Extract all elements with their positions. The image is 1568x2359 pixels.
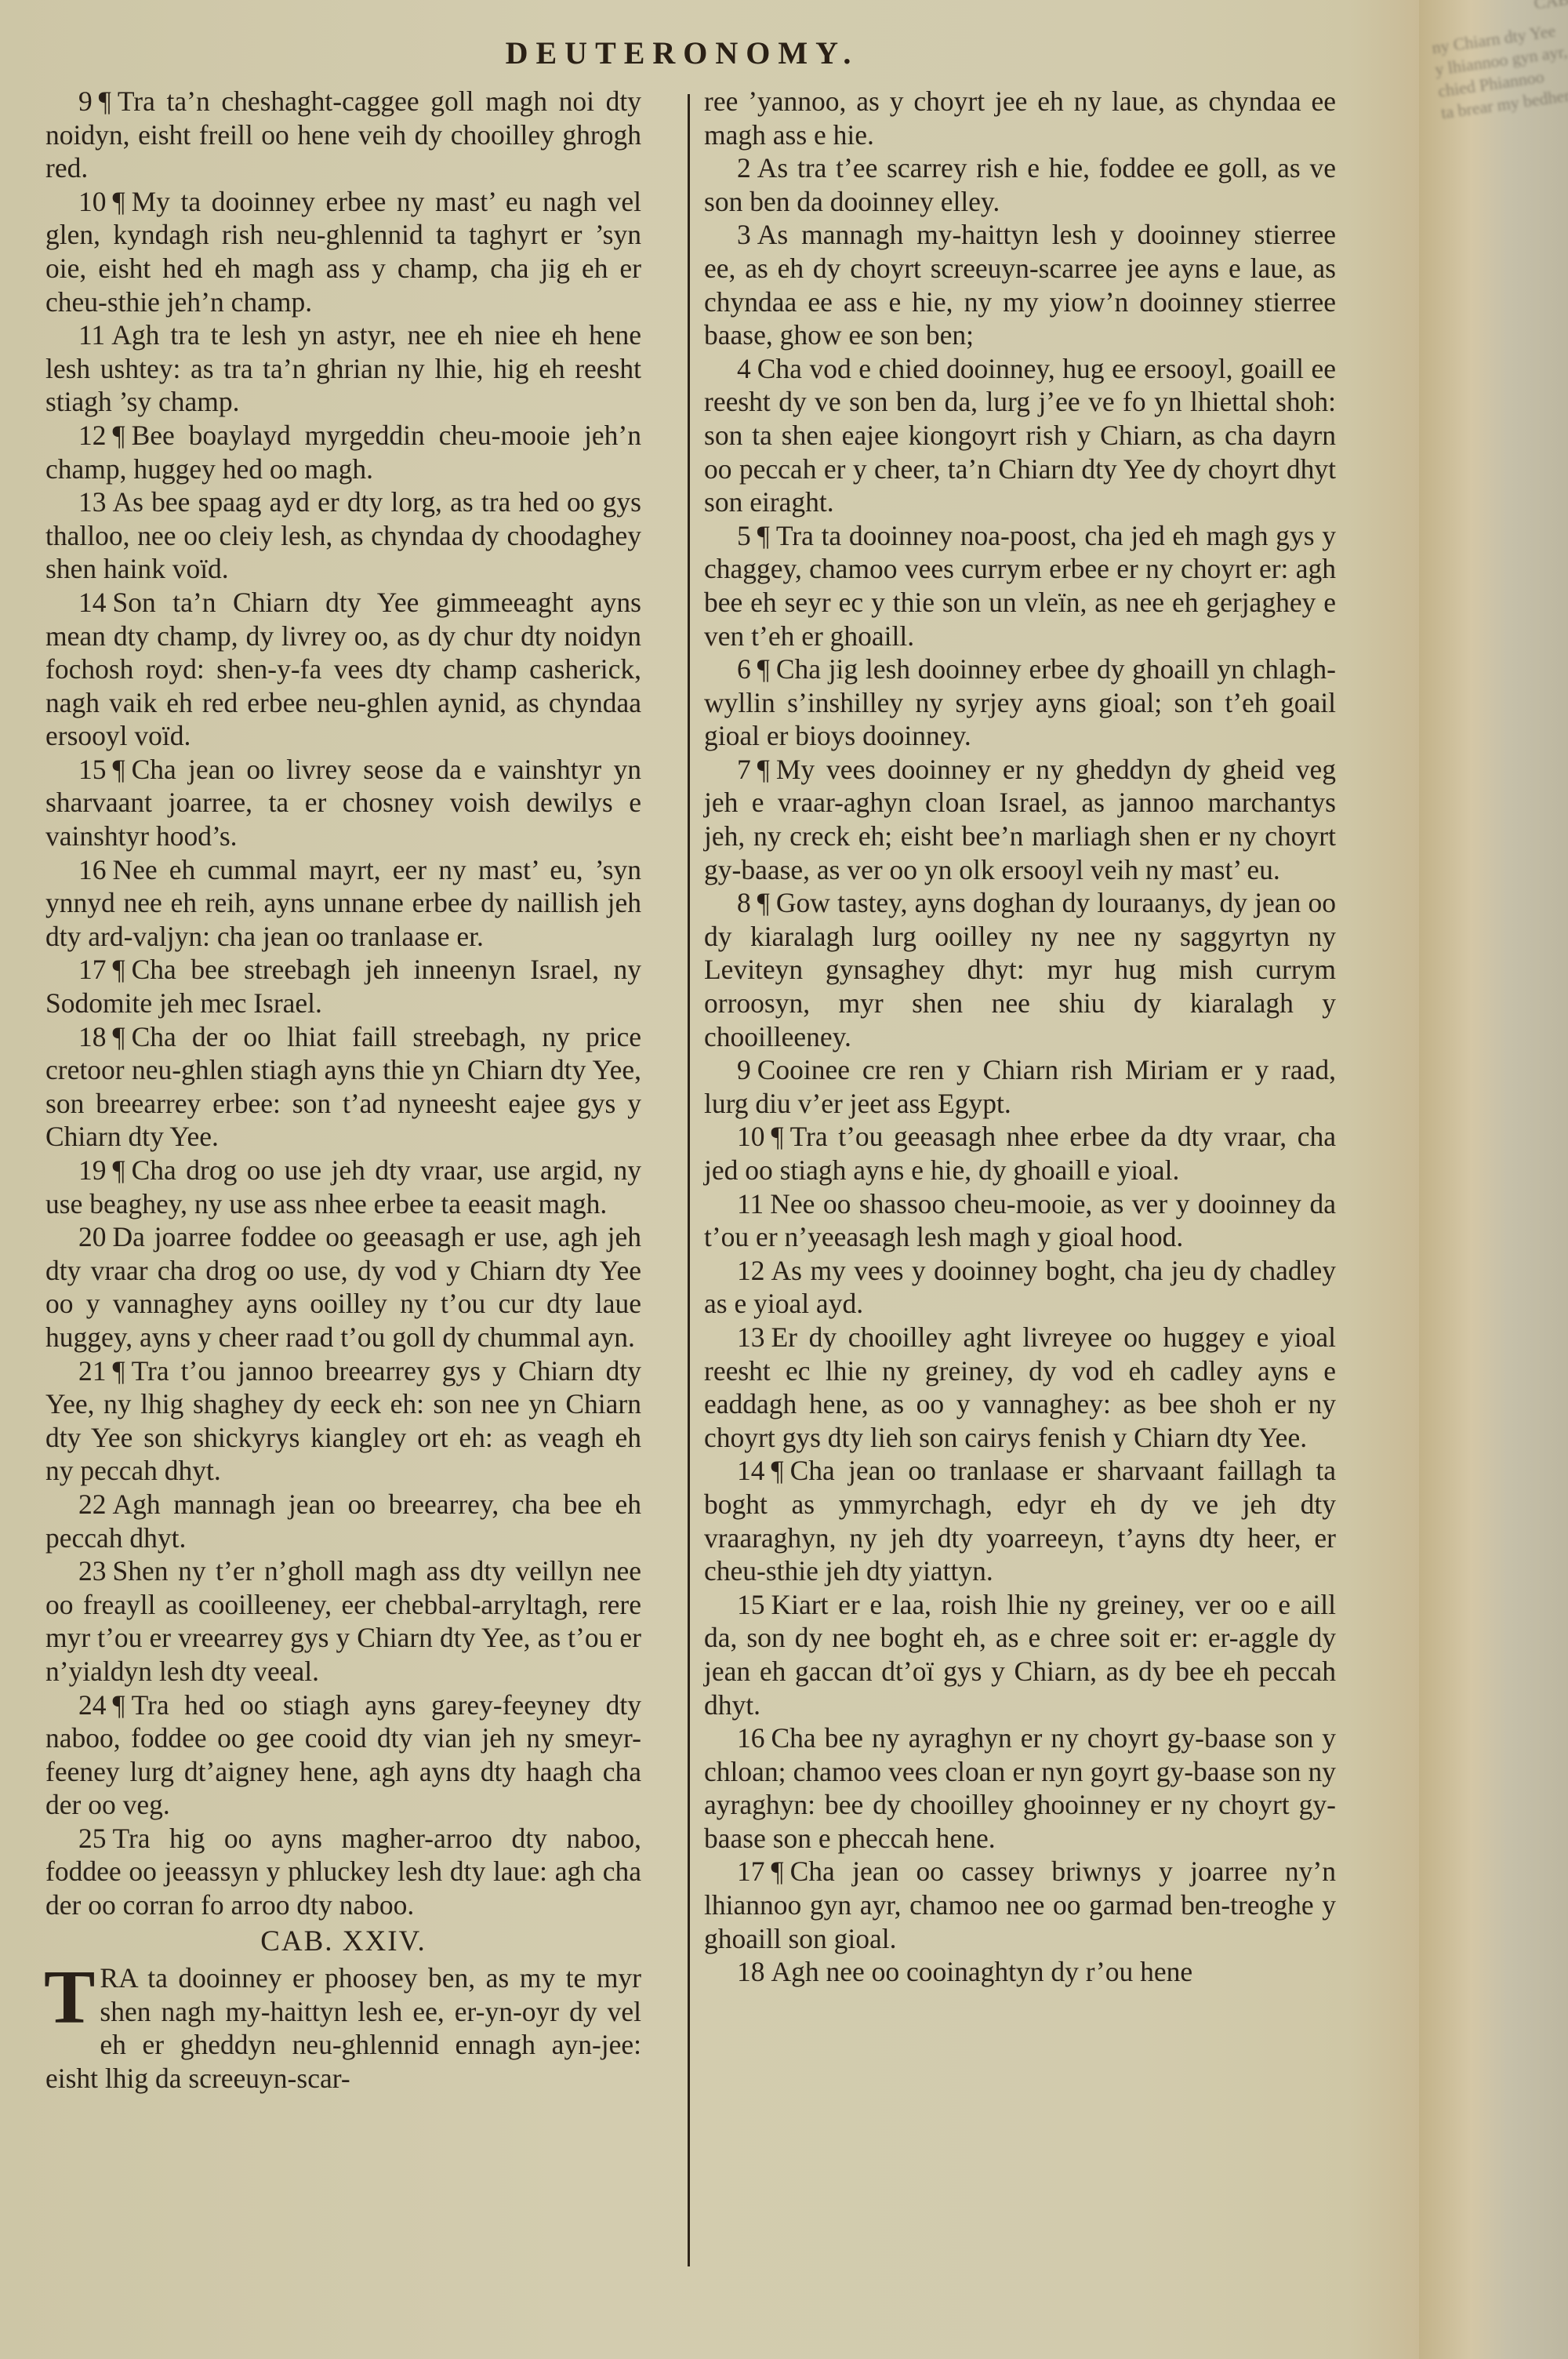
right-column: ree ’yannoo, as y choyrt jee eh ny laue,… [704,85,1336,1989]
verse-text: Cha jean oo cassey briwnys y joarree ny’… [704,1856,1336,1954]
pilcrow-mark: ¶ [113,1021,125,1052]
verse-text: Nee oo shassoo cheu-mooie, as ver y dooi… [704,1188,1336,1253]
verse-text: Cha vod e chied dooinney, hug ee ersooyl… [704,353,1336,518]
verse-number: 24 [78,1689,107,1721]
verse-number: 10 [78,186,107,217]
verse-number: 2 [737,152,751,184]
verse-text: Cha jean oo tranlaase er sharvaant faill… [704,1455,1336,1587]
pilcrow-mark: ¶ [771,1856,784,1887]
verse: 24¶Tra hed oo stiagh ayns garey-feeyney … [45,1688,641,1822]
verse-number: 16 [78,854,107,885]
verse-text: Nee eh cummal mayrt, eer ny mast’ eu, ’s… [45,854,641,952]
chapter-heading: CAB. XXIV. [45,1925,641,1959]
verse-text: As tra t’ee scarrey rish e hie, foddee e… [704,152,1336,217]
verse: 9¶Tra ta’n cheshaght-caggee goll magh no… [45,85,641,185]
verse-number: 12 [737,1255,765,1286]
verse-text: Da joarree foddee oo geeasagh er use, ag… [45,1221,641,1353]
verse: 2As tra t’ee scarrey rish e hie, foddee … [704,151,1336,218]
verse-text: Tra ta dooinney noa-poost, cha jed eh ma… [704,520,1336,652]
verse: 9Cooinee cre ren y Chiarn rish Miriam er… [704,1053,1336,1120]
verse-text: Cha drog oo use jeh dty vraar, use argid… [45,1154,641,1219]
verse: 11Agh tra te lesh yn astyr, nee eh niee … [45,318,641,419]
verse-number: 9 [78,85,93,117]
verse-number: 20 [78,1221,107,1252]
verse-text: Tra t’ou geeasagh nhee erbee da dty vraa… [704,1121,1336,1186]
verse-text: Tra ta’n cheshaght-caggee goll magh noi … [45,85,641,184]
bible-page: DEUTERONOMY. 9¶Tra ta’n cheshaght-caggee… [0,0,1419,2359]
verse: 8¶Gow tastey, ayns doghan dy louraanys, … [704,886,1336,1053]
verse: 13Er dy chooilley aght livreyee oo hugge… [704,1321,1336,1454]
pilcrow-mark: ¶ [113,420,125,451]
verse: 14¶Cha jean oo tranlaase er sharvaant fa… [704,1454,1336,1587]
verse: 13As bee spaag ayd er dty lorg, as tra h… [45,485,641,586]
verse-text: Bee boaylayd myrgeddin cheu-mooie jeh’n … [45,420,641,485]
verse-number: 5 [737,520,751,551]
page-title: DEUTERONOMY. [0,35,1364,71]
verse-text: Agh tra te lesh yn astyr, nee eh niee eh… [45,319,641,417]
facing-page-edge: CAB. XXV.ny Chiarn dty Yeey lhiannoo gyn… [1419,0,1568,2359]
verse-number: 25 [78,1823,107,1854]
pilcrow-mark: ¶ [99,85,111,117]
verse-number: 10 [737,1121,765,1152]
verse-number: 8 [737,887,751,918]
verse: 12As my vees y dooinney boght, cha jeu d… [704,1254,1336,1321]
verse: 10¶Tra t’ou geeasagh nhee erbee da dty v… [704,1120,1336,1187]
verse-number: 14 [737,1455,765,1486]
verse-text: Cha der oo lhiat faill streebagh, ny pri… [45,1021,641,1153]
verse: 15¶Cha jean oo livrey seose da e vainsht… [45,753,641,853]
verse: 20Da joarree foddee oo geeasagh er use, … [45,1220,641,1354]
verse-number: 18 [737,1956,765,1987]
verse-number: 11 [78,319,105,351]
verse: 4Cha vod e chied dooinney, hug ee ersooy… [704,352,1336,519]
verse-text: Tra hig oo ayns magher-arroo dty naboo, … [45,1823,641,1921]
pilcrow-mark: ¶ [113,1154,125,1186]
verse-text: Agh nee oo cooinaghtyn dy r’ou hene [771,1956,1193,1987]
verse: 10¶My ta dooinney erbee ny mast’ eu nagh… [45,185,641,318]
verse-number: 14 [78,587,107,618]
verse-text: As bee spaag ayd er dty lorg, as tra hed… [45,486,641,584]
verse: 14Son ta’n Chiarn dty Yee gimmeeaght ayn… [45,586,641,753]
verse: 11Nee oo shassoo cheu-mooie, as ver y do… [704,1187,1336,1254]
pilcrow-mark: ¶ [113,186,125,217]
verse-text: Agh mannagh jean oo breearrey, cha bee e… [45,1488,641,1554]
verse-text: Kiart er e laa, roish lhie ny greiney, v… [704,1589,1336,1721]
column-divider [688,94,690,2266]
verse: 5¶Tra ta dooinney noa-poost, cha jed eh … [704,519,1336,652]
pilcrow-mark: ¶ [757,653,770,685]
verse: 15Kiart er e laa, roish lhie ny greiney,… [704,1588,1336,1721]
verse: 12¶Bee boaylayd myrgeddin cheu-mooie jeh… [45,419,641,485]
verse-text: Tra t’ou jannoo breearrey gys y Chiarn d… [45,1355,641,1487]
verse: 6¶Cha jig lesh dooinney erbee dy ghoaill… [704,652,1336,753]
pilcrow-mark: ¶ [113,1689,125,1721]
verse-number: 15 [78,754,107,785]
pilcrow-mark: ¶ [113,1355,125,1387]
pilcrow-mark: ¶ [113,954,125,985]
verse-number: 17 [78,954,107,985]
verse-text: My ta dooinney erbee ny mast’ eu nagh ve… [45,186,641,318]
verse-number: 13 [737,1321,765,1353]
pilcrow-mark: ¶ [113,754,125,785]
verse-number: 3 [737,219,751,250]
verse-continuation: ree ’yannoo, as y choyrt jee eh ny laue,… [704,85,1336,151]
verse-number: 13 [78,486,107,518]
verse: 18¶Cha der oo lhiat faill streebagh, ny … [45,1020,641,1154]
verse-number: 21 [78,1355,107,1387]
verse: 23Shen ny t’er n’gholl magh ass dty veil… [45,1554,641,1688]
pilcrow-mark: ¶ [757,754,770,785]
verse-number: 23 [78,1555,107,1587]
verse-text: Cha jean oo livrey seose da e vainshtyr … [45,754,641,852]
verse-text: My vees dooinney er ny gheddyn dy gheid … [704,754,1336,885]
verse-number: 6 [737,653,751,685]
pilcrow-mark: ¶ [757,520,770,551]
verse-number: 15 [737,1589,765,1620]
verse: 16Cha bee ny ayraghyn er ny choyrt gy-ba… [704,1721,1336,1855]
verse-number: 17 [737,1856,765,1887]
verse-number: 19 [78,1154,107,1186]
verse-number: 9 [737,1054,751,1085]
verse-number: 12 [78,420,107,451]
verse: 22Agh mannagh jean oo breearrey, cha bee… [45,1488,641,1554]
verse: 3As mannagh my-haittyn lesh y dooinney s… [704,218,1336,351]
pilcrow-mark: ¶ [771,1455,784,1486]
verse: 18Agh nee oo cooinaghtyn dy r’ou hene [704,1955,1336,1989]
verse-text: As mannagh my-haittyn lesh y dooinney st… [704,219,1336,351]
verse-text: Shen ny t’er n’gholl magh ass dty veilly… [45,1555,641,1687]
verse-number: 7 [737,754,751,785]
verse-number: 18 [78,1021,107,1052]
verse: 21¶Tra t’ou jannoo breearrey gys y Chiar… [45,1354,641,1488]
pilcrow-mark: ¶ [757,887,770,918]
facing-page-text: CAB. XXV.ny Chiarn dty Yeey lhiannoo gyn… [1425,0,1568,124]
small-caps: RA [100,1962,136,1994]
verse-text: Cha bee streebagh jeh inneenyn Israel, n… [45,954,641,1019]
chapter-opening: TRA ta dooinney er phoosey ben, as my te… [45,1961,641,2095]
verse-text: Son ta’n Chiarn dty Yee gimmeeaght ayns … [45,587,641,751]
verse-text: Cha jig lesh dooinney erbee dy ghoaill y… [704,653,1336,751]
left-column: 9¶Tra ta’n cheshaght-caggee goll magh no… [45,85,641,2095]
verse-number: 11 [737,1188,764,1219]
verse: 16Nee eh cummal mayrt, eer ny mast’ eu, … [45,853,641,954]
verse-text: Cooinee cre ren y Chiarn rish Miriam er … [704,1054,1336,1119]
verse: 25Tra hig oo ayns magher-arroo dty naboo… [45,1822,641,1922]
drop-cap: T [44,1966,95,2029]
verse-text: Gow tastey, ayns doghan dy louraanys, dy… [704,887,1336,1052]
verse-number: 22 [78,1488,107,1520]
verse-number: 4 [737,353,751,384]
verse: 17¶Cha jean oo cassey briwnys y joarree … [704,1855,1336,1955]
verse-text: Er dy chooilley aght livreyee oo huggey … [704,1321,1336,1453]
verse-text: As my vees y dooinney boght, cha jeu dy … [704,1255,1336,1320]
verse: 17¶Cha bee streebagh jeh inneenyn Israel… [45,953,641,1020]
verse-text: Cha bee ny ayraghyn er ny choyrt gy-baas… [704,1722,1336,1854]
verse: 7¶My vees dooinney er ny gheddyn dy ghei… [704,753,1336,886]
verse-text: Tra hed oo stiagh ayns garey-feeyney dty… [45,1689,641,1821]
verse-number: 16 [737,1722,765,1754]
verse: 19¶Cha drog oo use jeh dty vraar, use ar… [45,1154,641,1220]
pilcrow-mark: ¶ [771,1121,784,1152]
